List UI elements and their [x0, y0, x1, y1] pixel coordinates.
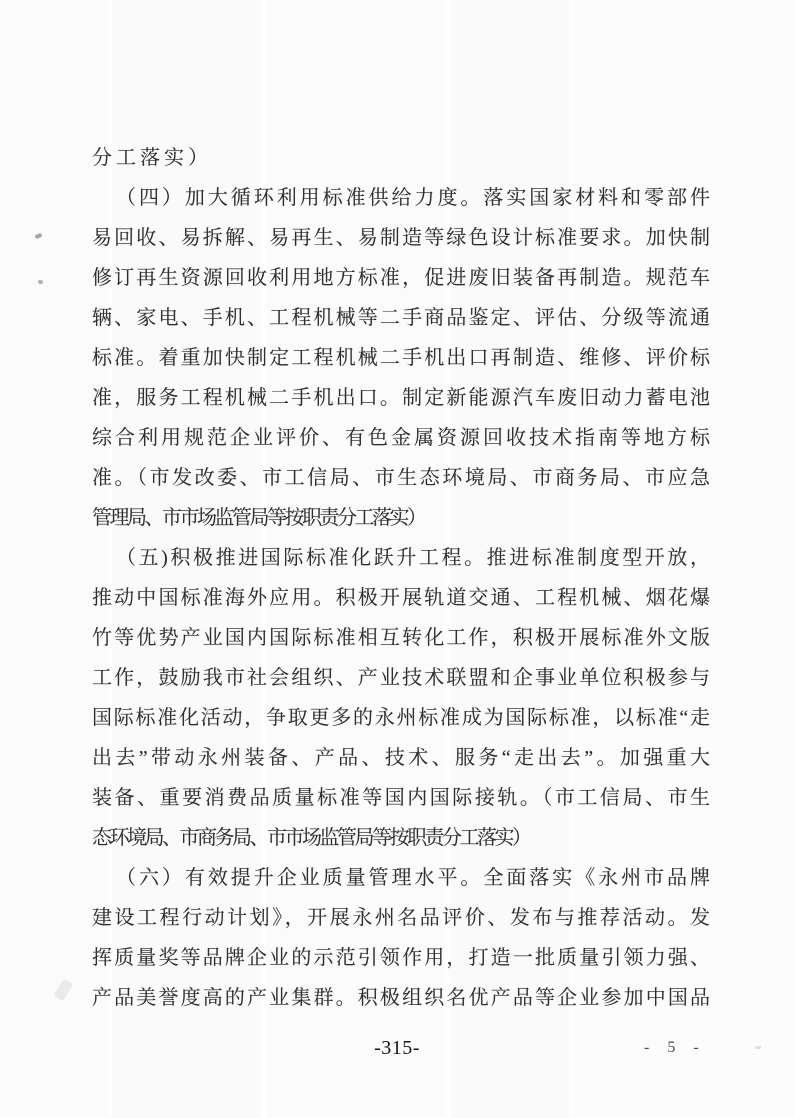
page-number-doc: - 5 - — [644, 1034, 706, 1062]
text-line: （四）加大循环利用标准供给力度。落实国家材料和零部件 — [92, 178, 710, 218]
text-line: 准。（市发改委、市工信局、市生态环境局、市商务局、市应急 — [92, 458, 710, 498]
scan-smudge — [54, 979, 74, 1002]
text-line: 竹等优势产业国内国际标准相互转化工作，积极开展标准外文版 — [92, 618, 710, 658]
text-line: 准，服务工程机械二手机出口。制定新能源汽车废旧动力蓄电池 — [92, 378, 710, 418]
text-line: 挥质量奖等品牌企业的示范引领作用，打造一批质量引领力强、 — [92, 938, 710, 978]
text-line: 分工落实） — [92, 138, 710, 178]
scan-speck — [34, 233, 42, 240]
text-line: 态环境局、市商务局、市市场监管局等按职责分工落实） — [92, 818, 710, 858]
text-line: 推动中国标准海外应用。积极开展轨道交通、工程机械、烟花爆 — [92, 578, 710, 618]
document-lines: 分工落实）（四）加大循环利用标准供给力度。落实国家材料和零部件易回收、易拆解、易… — [92, 138, 710, 1018]
text-line: 辆、家电、手机、工程机械等二手商品鉴定、评估、分级等流通 — [92, 298, 710, 338]
text-line: （五)积极推进国际标准化跃升工程。推进标准制度型开放， — [92, 538, 710, 578]
page-footer: -315- - 5 - — [0, 1034, 794, 1062]
text-line: 易回收、易拆解、易再生、易制造等绿色设计标准要求。加快制 — [92, 218, 710, 258]
text-line: 工作，鼓励我市社会组织、产业技术联盟和企事业单位积极参与 — [92, 658, 710, 698]
scan-speck — [38, 279, 44, 284]
scanned-document-page: 分工落实）（四）加大循环利用标准供给力度。落实国家材料和零部件易回收、易拆解、易… — [0, 0, 794, 1118]
text-line: （六）有效提升企业质量管理水平。全面落实《永州市品牌 — [92, 858, 710, 898]
text-line: 产品美誉度高的产业集群。积极组织名优产品等企业参加中国品 — [92, 978, 710, 1018]
text-line: 装备、重要消费品质量标准等国内国际接轨。（市工信局、市生 — [92, 778, 710, 818]
text-line: 建设工程行动计划》，开展永州名品评价、发布与推荐活动。发 — [92, 898, 710, 938]
page-number-book: -315- — [374, 1034, 420, 1062]
text-line: 标准。着重加快制定工程机械二手机出口再制造、维修、评价标 — [92, 338, 710, 378]
text-line: 管理局、市市场监管局等按职责分工落实） — [92, 498, 710, 538]
text-line: 国际标准化活动，争取更多的永州标准成为国际标准，以标准“走 — [92, 698, 710, 738]
text-line: 综合利用规范企业评价、有色金属资源回收技术指南等地方标 — [92, 418, 710, 458]
text-line: 修订再生资源回收利用地方标准，促进废旧装备再制造。规范车 — [92, 258, 710, 298]
text-line: 出去”带动永州装备、产品、技术、服务“走出去”。加强重大 — [92, 738, 710, 778]
